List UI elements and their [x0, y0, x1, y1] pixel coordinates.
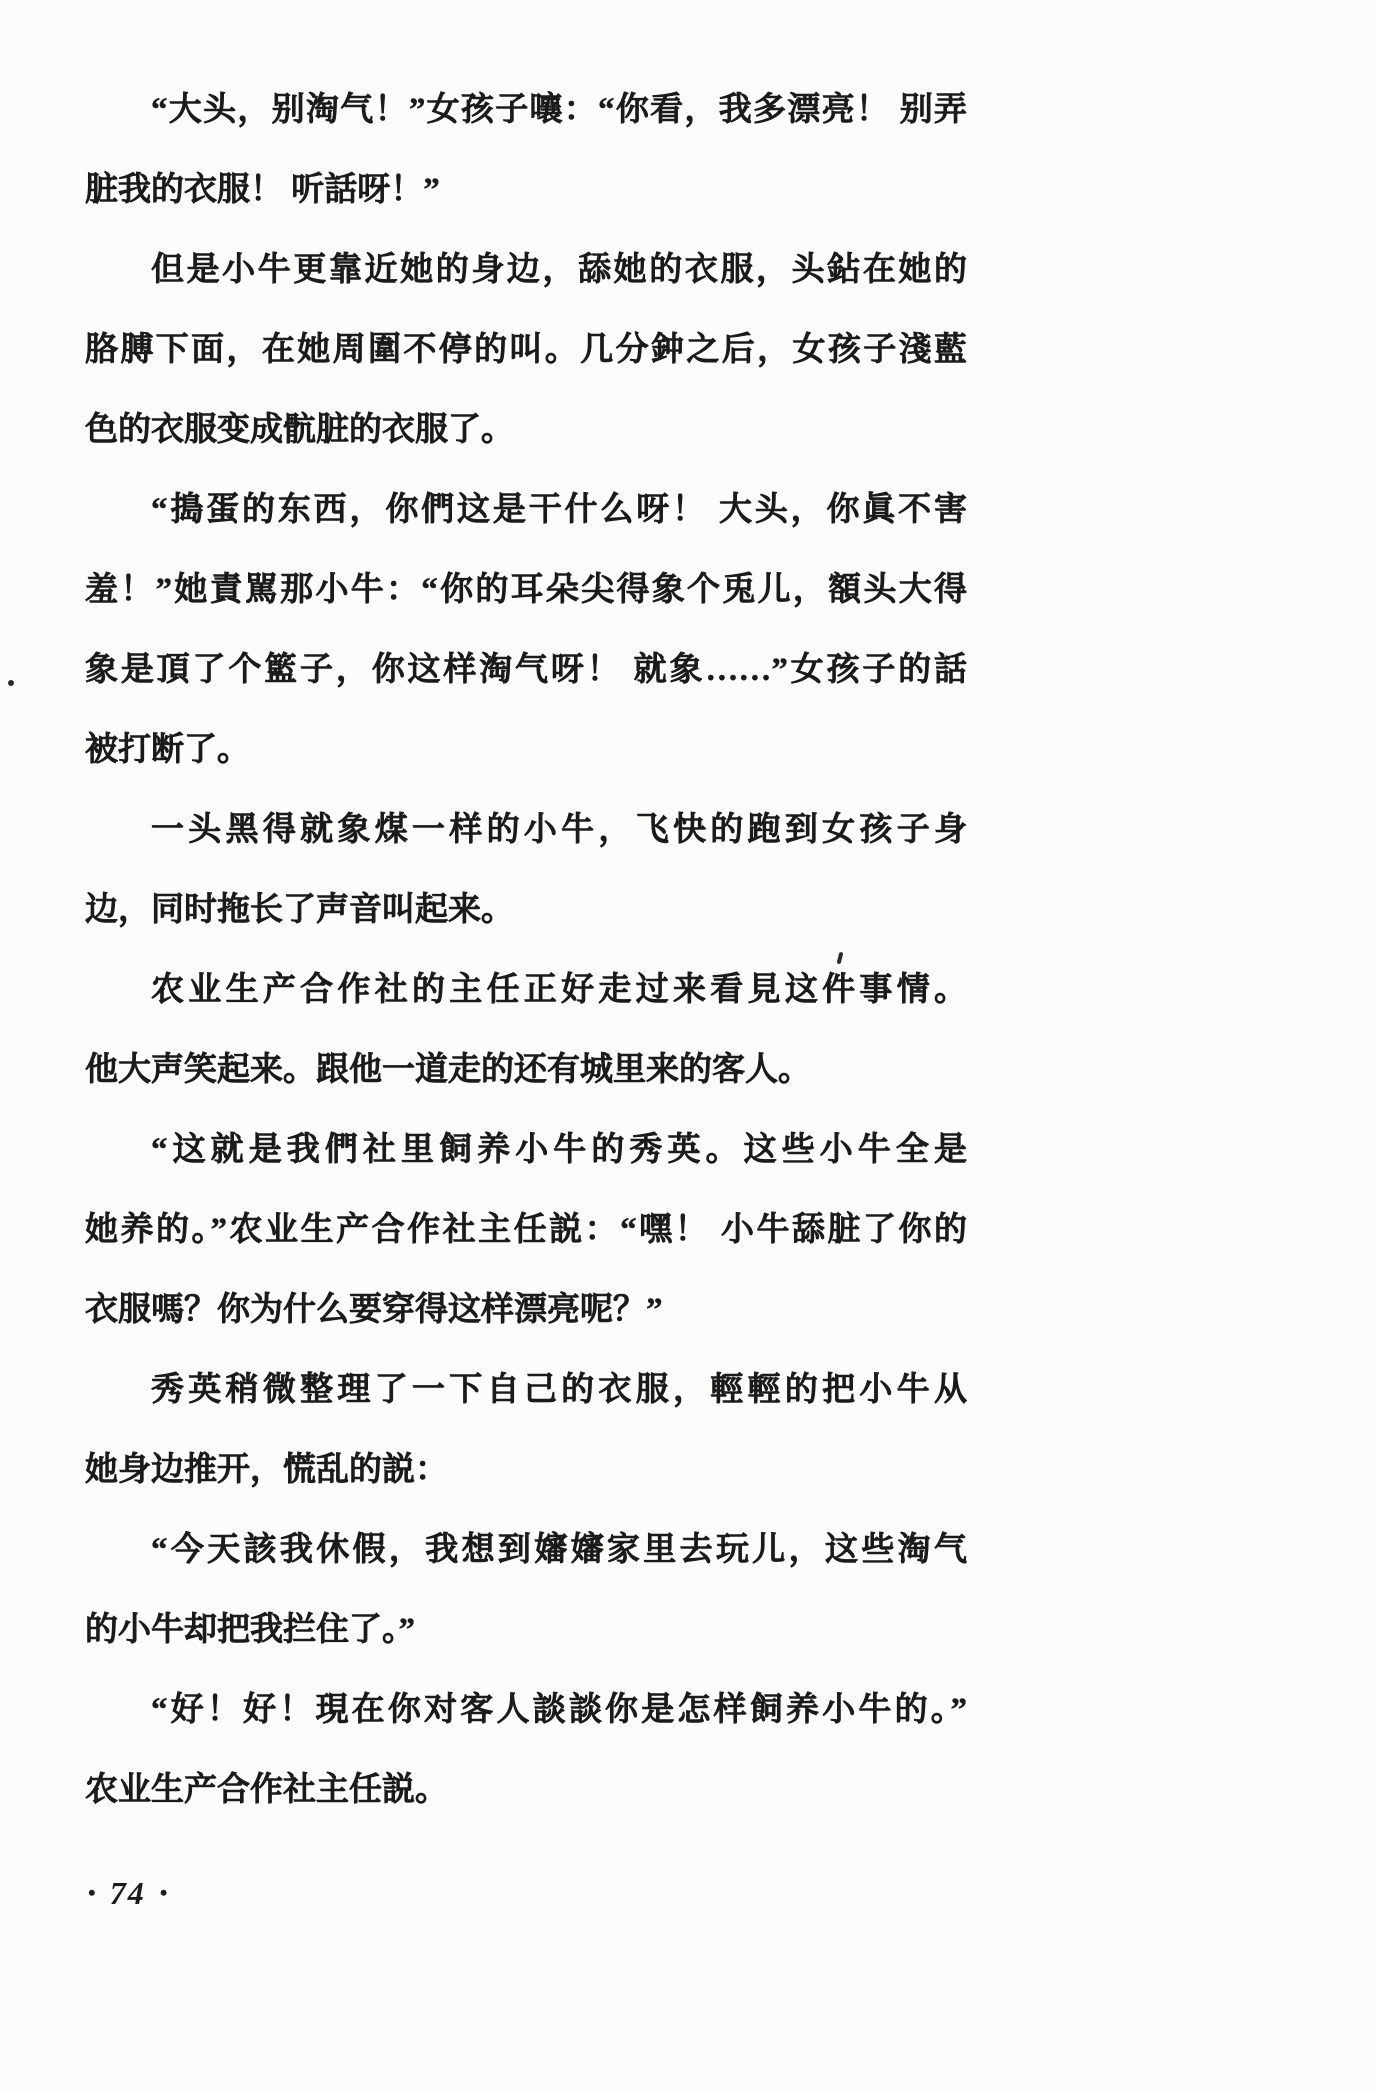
- text-line-8: 象是頂了个籃子，你这样淘气呀！ 就象……”女孩子的話: [85, 630, 967, 710]
- text-line-15: 她养的。”农业生产合作社主任説：“嘿！ 小牛舔脏了你的: [85, 1190, 967, 1270]
- text-line-7: 羞！”她責駡那小牛：“你的耳朵尖得象个兎儿，額头大得: [85, 550, 967, 630]
- text-line-12: 农业生产合作社的主任正好走过来看見这件事情。: [85, 950, 967, 1030]
- text-line-2: 脏我的衣服！ 听話呀！”: [85, 150, 967, 230]
- text-line-21: “好！好！現在你对客人談談你是怎样飼养小牛的。”: [85, 1670, 967, 1750]
- text-line-14: “这就是我們社里飼养小牛的秀英。这些小牛全是: [85, 1110, 967, 1190]
- scan-speck-right: [916, 988, 921, 993]
- text-block: “大头，别淘气！”女孩子嚷：“你看，我多漂亮！ 别弄脏我的衣服！ 听話呀！”但是…: [85, 70, 967, 1830]
- text-line-22: 农业生产合作社主任説。: [85, 1750, 967, 1830]
- text-line-16: 衣服嗎？你为什么要穿得这样漂亮呢？”: [85, 1270, 967, 1350]
- text-line-5: 色的衣服变成骯脏的衣服了。: [85, 390, 967, 470]
- text-line-18: 她身边推开，慌乱的説：: [85, 1430, 967, 1510]
- text-line-10: 一头黑得就象煤一样的小牛，飞快的跑到女孩子身: [85, 790, 967, 870]
- text-line-17: 秀英稍微整理了一下自己的衣服，輕輕的把小牛从: [85, 1350, 967, 1430]
- page-number: 74: [110, 1868, 146, 1918]
- footer-left-dot: •: [88, 1868, 96, 1918]
- text-line-4: 胳膊下面，在她周圍不停的叫。几分鈡之后，女孩子淺藍: [85, 310, 967, 390]
- text-line-13: 他大声笑起来。跟他一道走的还有城里来的客人。: [85, 1030, 967, 1110]
- scan-speck-left-margin: [8, 680, 14, 686]
- text-line-20: 的小牛却把我拦住了。”: [85, 1590, 967, 1670]
- text-line-1: “大头，别淘气！”女孩子嚷：“你看，我多漂亮！ 别弄: [85, 70, 967, 150]
- text-line-19: “今天該我休假，我想到嬸嬸家里去玩儿，这些淘气: [85, 1510, 967, 1590]
- text-line-11: 边，同时拖长了声音叫起来。: [85, 870, 967, 950]
- footer-right-dot: •: [160, 1868, 168, 1918]
- text-line-3: 但是小牛更靠近她的身边，舔她的衣服，头鉆在她的: [85, 230, 967, 310]
- text-line-9: 被打断了。: [85, 710, 967, 790]
- scanned-page: “大头，别淘气！”女孩子嚷：“你看，我多漂亮！ 别弄脏我的衣服！ 听話呀！”但是…: [0, 0, 1376, 2092]
- page-footer: • 74 •: [88, 1868, 167, 1918]
- text-line-6: “搗蛋的东西，你們这是干什么呀！ 大头，你眞不害: [85, 470, 967, 550]
